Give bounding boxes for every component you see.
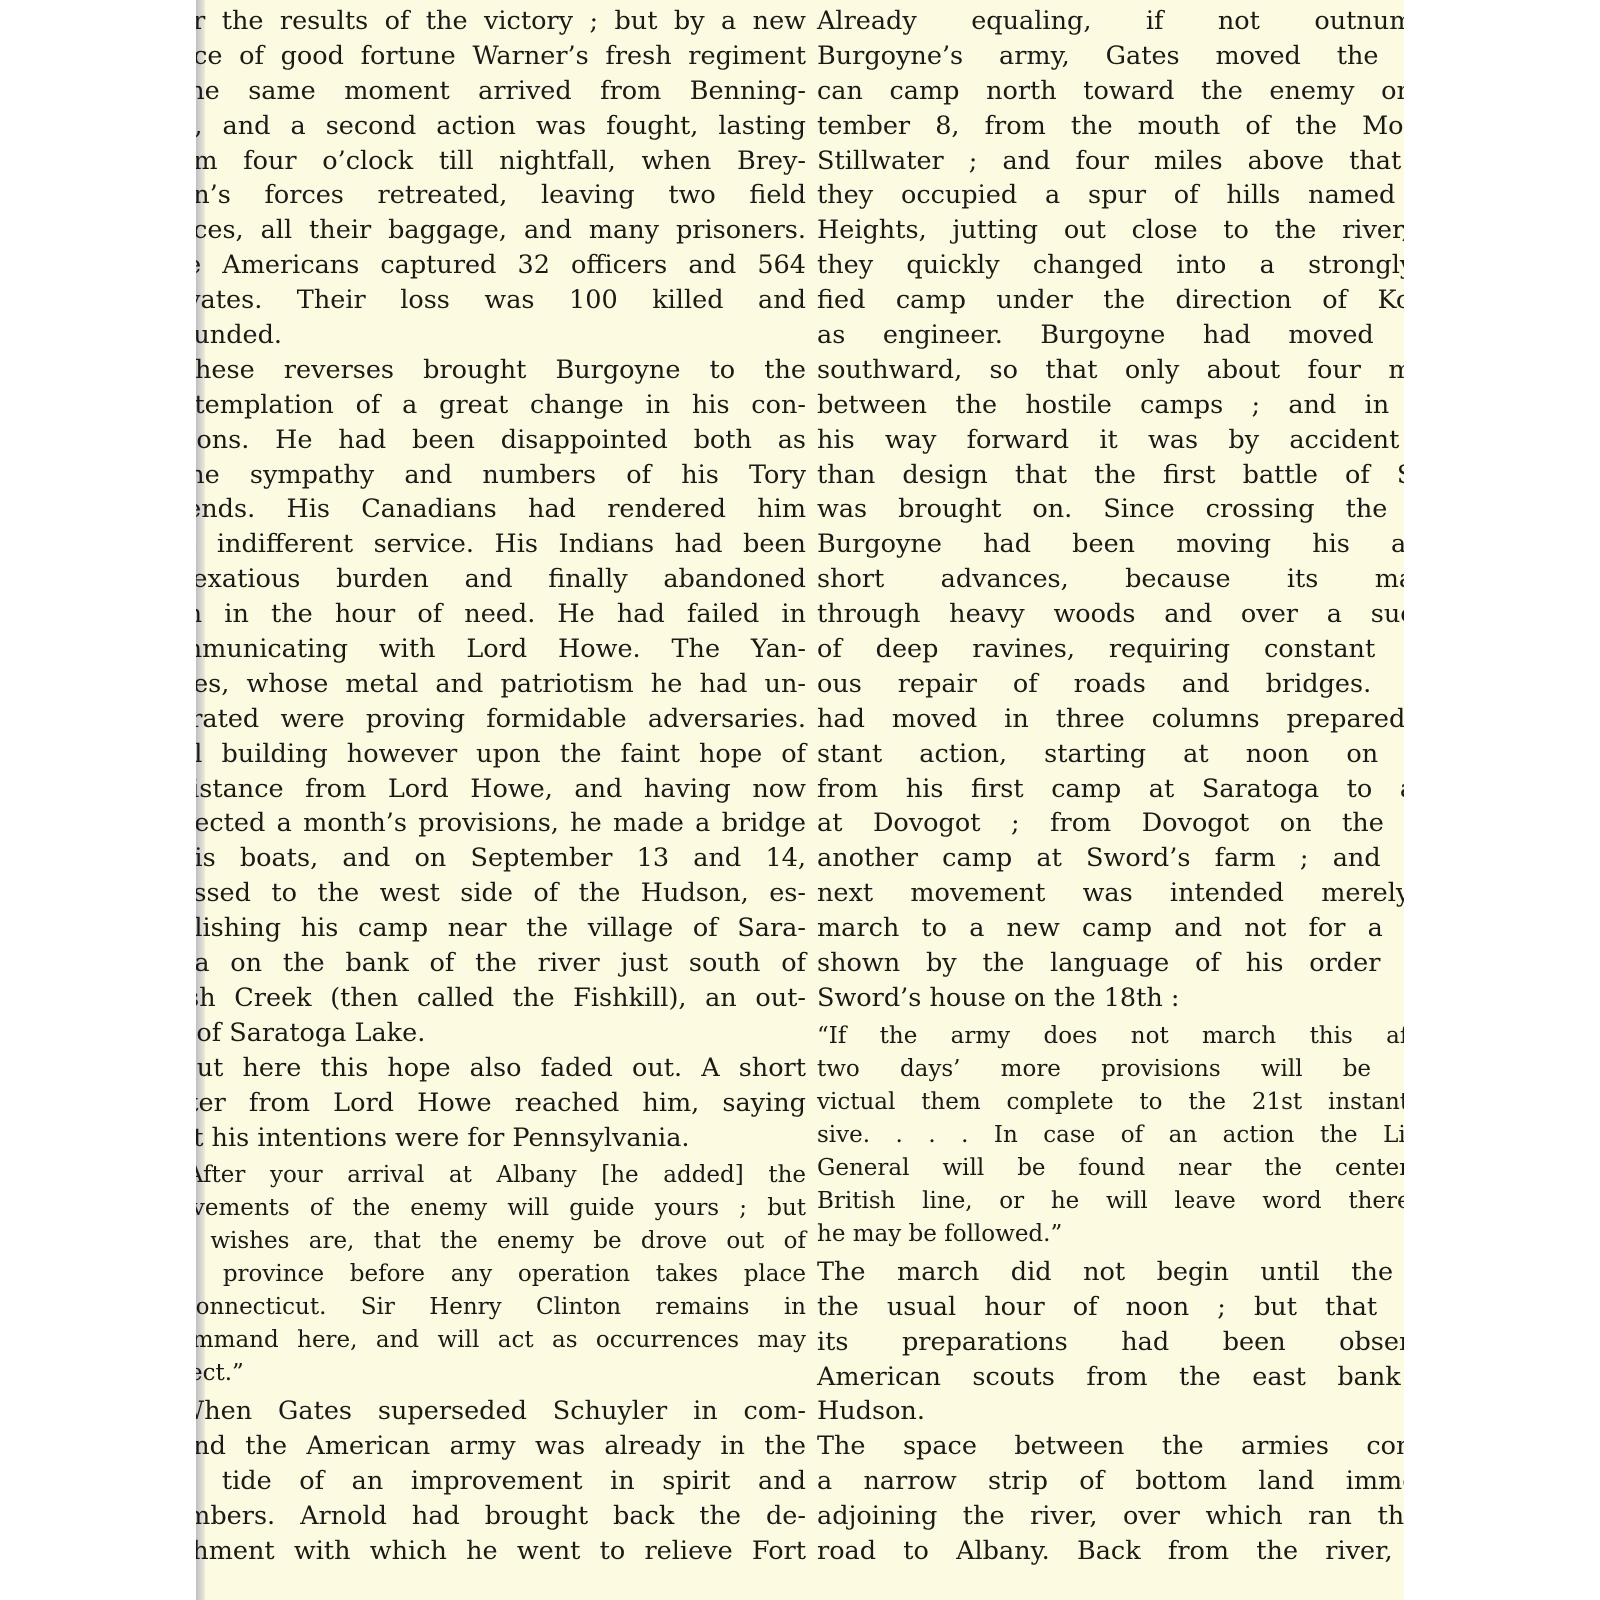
text-line: tions. He had been disappointed both as (196, 423, 806, 458)
text-line: Burgoyne’s army, Gates moved the Am (817, 39, 1404, 74)
text-line: ovements of the enemy will guide yours ;… (196, 1192, 806, 1225)
text-line: llected a month’s provisions, he made a … (196, 806, 806, 841)
text-line: Hudson. (817, 1394, 1404, 1429)
text-line: tter from Lord Howe reached him, saying (196, 1086, 806, 1121)
text-line: ivates. Their loss was 100 killed and (196, 283, 806, 318)
text-line: Stillwater ; and four miles above that v… (817, 144, 1404, 179)
text-line: his boats, and on September 13 and 14, (196, 841, 806, 876)
text-line: “If the army does not march this aftern (817, 1020, 1404, 1053)
text-line: and the American army was already in the (196, 1429, 806, 1464)
text-line: y wishes are, that the enemy be drove ou… (196, 1225, 806, 1258)
text-line: Heights, jutting out close to the river,… (817, 213, 1404, 248)
text-line: stant action, starting at noon on the (817, 737, 1404, 772)
text-line: ommand here, and will act as occurrences… (196, 1324, 806, 1357)
text-line: adjoining the river, over which ran the … (817, 1499, 1404, 1534)
text-line: tember 8, from the mouth of the Mohaw (817, 109, 1404, 144)
right-body: Already equaling, if not outnumberBurgoy… (817, 4, 1404, 1016)
text-line: as engineer. Burgoyne had moved slig (817, 318, 1404, 353)
text-line: iends. His Canadians had rendered him (196, 492, 806, 527)
text-line: General will be found near the center o (817, 1152, 1404, 1185)
text-line: ntemplation of a great change in his con… (196, 388, 806, 423)
text-line: Burgoyne had been moving his army (817, 527, 1404, 562)
text-line: he may be followed.” (817, 1218, 1404, 1251)
scanned-page: er the results of the victory ; but by a… (196, 0, 1404, 1600)
text-line: an’s forces retreated, leaving two field (196, 178, 806, 213)
text-line: sive. . . . In case of an action the Lie… (817, 1119, 1404, 1152)
text-line: The march did not begin until the 19 (817, 1255, 1404, 1290)
text-line: was brought on. Since crossing the Hu (817, 492, 1404, 527)
text-line: a narrow strip of bottom land immedia (817, 1464, 1404, 1499)
text-line: next movement was intended merely f (817, 876, 1404, 911)
text-line: Connecticut. Sir Henry Clinton remains i… (196, 1291, 806, 1324)
text-line: they occupied a spur of hills named Be (817, 178, 1404, 213)
text-line: two days’ more provisions will be issu (817, 1053, 1404, 1086)
text-line: the sympathy and numbers of his Tory (196, 458, 806, 493)
text-line: n, and a second action was fought, lasti… (196, 109, 806, 144)
page-margin-right (1404, 0, 1600, 1600)
text-line: through heavy woods and over a succes (817, 597, 1404, 632)
text-line: But here this hope also faded out. A sho… (196, 1051, 806, 1086)
text-line: ll tide of an improvement in spirit and (196, 1464, 806, 1499)
text-line: had moved in three columns prepared fo (817, 702, 1404, 737)
text-line: than design that the first battle of Sar… (817, 458, 1404, 493)
text-line: British line, or he will leave word ther… (817, 1185, 1404, 1218)
text-line: at Dovogot ; from Dovogot on the 17t (817, 806, 1404, 841)
text-line: Sword’s house on the 18th : (817, 981, 1404, 1016)
text-line: at his intentions were for Pennsylvania. (196, 1121, 806, 1156)
text-line: rect.” (196, 1357, 806, 1390)
text-line: rrated were proving formidable adversari… (196, 702, 806, 737)
text-line: the usual hour of noon ; but that mor (817, 1290, 1404, 1325)
text-line: they quickly changed into a strongly f (817, 248, 1404, 283)
text-line: ous repair of roads and bridges. Thu (817, 667, 1404, 702)
text-line: “After your arrival at Albany [he added]… (196, 1159, 806, 1192)
text-line: ees, whose metal and patriotism he had u… (196, 667, 806, 702)
text-line: ece of good fortune Warner’s fresh regim… (196, 39, 806, 74)
text-line: American scouts from the east bank of (817, 1360, 1404, 1395)
text-line: om four o’clock till nightfall, when Bre… (196, 144, 806, 179)
text-line: ga on the bank of the river just south o… (196, 946, 806, 981)
text-line: from his first camp at Saratoga to a c (817, 772, 1404, 807)
text-line: southward, so that only about four miles (817, 353, 1404, 388)
text-line: blishing his camp near the village of Sa… (196, 911, 806, 946)
text-line: ie Americans captured 32 officers and 56… (196, 248, 806, 283)
left-blockquote: “After your arrival at Albany [he added]… (196, 1159, 806, 1390)
text-line: ill building however upon the faint hope… (196, 737, 806, 772)
text-line: imbers. Arnold had brought back the de- (196, 1499, 806, 1534)
text-line: chment with which he went to relieve For… (196, 1534, 806, 1569)
left-column: er the results of the victory ; but by a… (196, 4, 806, 1569)
text-line: vexatious burden and finally abandoned (196, 562, 806, 597)
text-line: mmunicating with Lord Howe. The Yan- (196, 632, 806, 667)
text-line: victual them complete to the 21st instan… (817, 1086, 1404, 1119)
text-line: lsh Creek (then called the Fishkill), an… (196, 981, 806, 1016)
text-line: its preparations had been observed (817, 1325, 1404, 1360)
right-tail: The march did not begin until the 19the … (817, 1255, 1404, 1569)
text-line: er the results of the victory ; but by a… (196, 4, 806, 39)
text-line: short advances, because its march (817, 562, 1404, 597)
text-line: m in the hour of need. He had failed in (196, 597, 806, 632)
text-line: fied camp under the direction of Koscit (817, 283, 1404, 318)
text-line: Already equaling, if not outnumber (817, 4, 1404, 39)
text-line: road to Albany. Back from the river, wo (817, 1534, 1404, 1569)
text-line: These reverses brought Burgoyne to the (196, 353, 806, 388)
text-line: When Gates superseded Schuyler in com- (196, 1394, 806, 1429)
text-line: between the hostile camps ; and in fee (817, 388, 1404, 423)
right-blockquote: “If the army does not march this afternt… (817, 1020, 1404, 1251)
text-line: The space between the armies consist (817, 1429, 1404, 1464)
text-line: march to a new camp and not for a batt (817, 911, 1404, 946)
text-line: ounded. (196, 318, 806, 353)
text-line: shown by the language of his order issu (817, 946, 1404, 981)
left-body: er the results of the victory ; but by a… (196, 4, 806, 1155)
text-line: the same moment arrived from Benning- (196, 74, 806, 109)
text-line: can camp north toward the enemy on S (817, 74, 1404, 109)
text-line: is province before any operation takes p… (196, 1258, 806, 1291)
text-line: t of Saratoga Lake. (196, 1016, 806, 1051)
text-line: another camp at Sword’s farm ; and that (817, 841, 1404, 876)
text-line: of deep ravines, requiring constant and (817, 632, 1404, 667)
text-line: his way forward it was by accident ra (817, 423, 1404, 458)
text-line: eces, all their baggage, and many prison… (196, 213, 806, 248)
right-column: Already equaling, if not outnumberBurgoy… (817, 4, 1404, 1569)
left-tail: When Gates superseded Schuyler in com-an… (196, 1394, 806, 1568)
text-line: it indifferent service. His Indians had … (196, 527, 806, 562)
text-line: ossed to the west side of the Hudson, es… (196, 876, 806, 911)
text-line: sistance from Lord Howe, and having now (196, 772, 806, 807)
